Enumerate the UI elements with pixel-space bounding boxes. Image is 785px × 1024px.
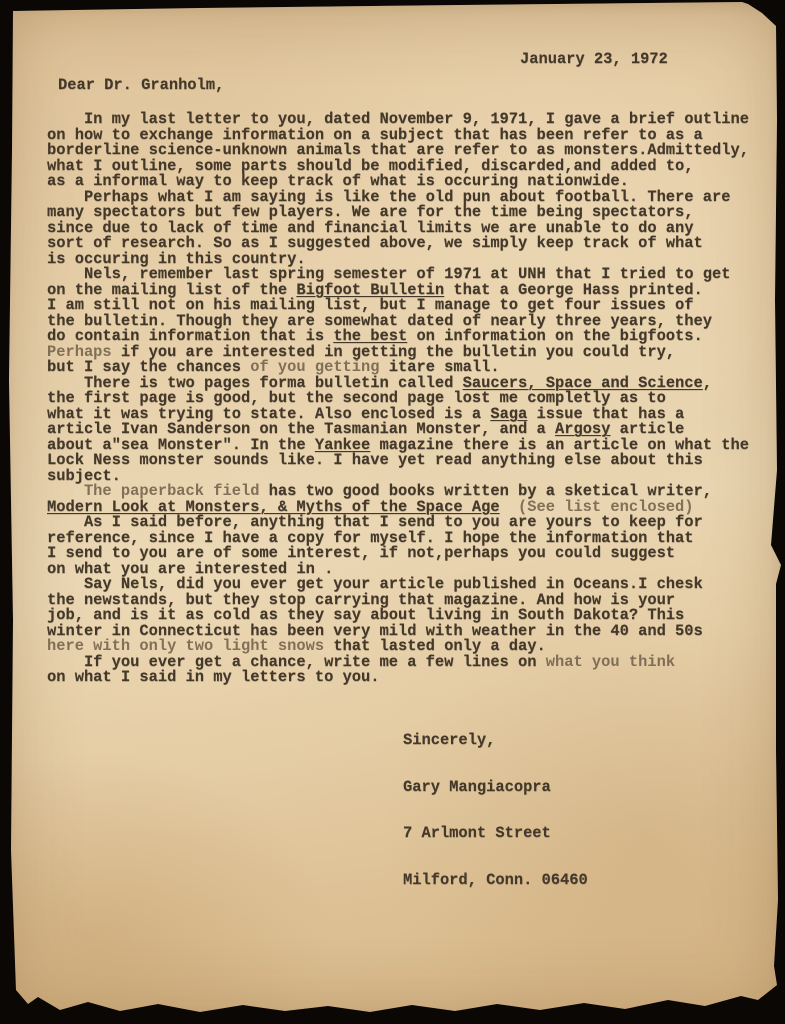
letter-paper: January 23, 1972 Dear Dr. Granholm, In m… (0, 0, 785, 1024)
scan-background: January 23, 1972 Dear Dr. Granholm, In m… (0, 0, 785, 1024)
letter-date: January 23, 1972 (520, 52, 668, 68)
letter-body: In my last letter to you, dated November… (47, 112, 749, 686)
signature-block: Sincerely, Gary Mangiacopra 7 Arlmont St… (403, 702, 588, 919)
signature-city: Milford, Conn. 06460 (403, 873, 588, 889)
signature-name: Gary Mangiacopra (403, 780, 588, 796)
body-line: on what I said in my letters to you. (47, 670, 749, 686)
text-segment: what you think (546, 653, 675, 671)
salutation: Dear Dr. Granholm, (58, 78, 224, 94)
signature-street: 7 Arlmont Street (403, 826, 588, 842)
signature-closing: Sincerely, (403, 733, 588, 749)
body-line: Lock Ness monster sounds like. I have ye… (47, 453, 749, 469)
